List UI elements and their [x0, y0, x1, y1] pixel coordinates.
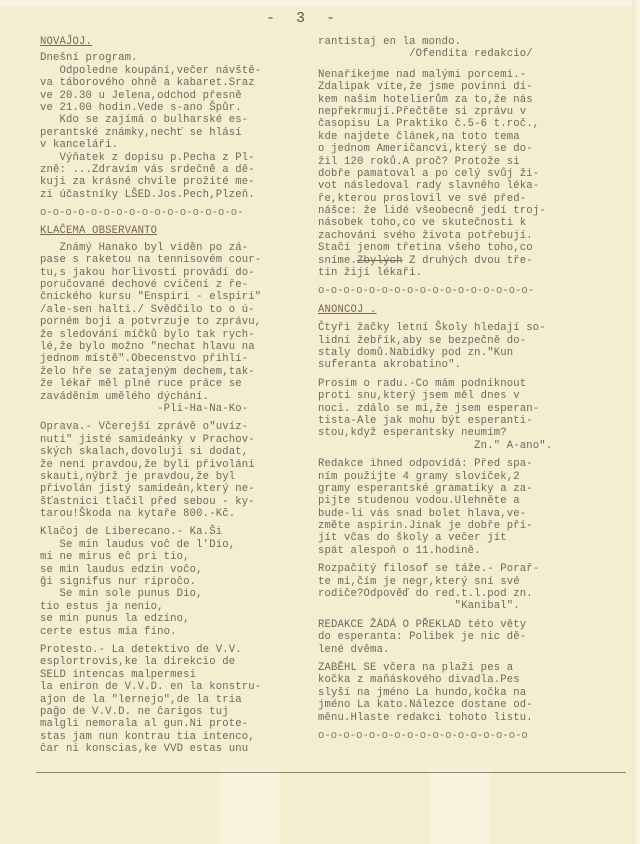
text-line: ve 21.00 hodin.Vede s-ano Špůr. — [40, 102, 310, 114]
paragraph-block: Nenaříkejme nad malými porcemi.-Zdalipak… — [318, 69, 618, 280]
text-line: te mi,čím je negr,který sní své — [318, 576, 618, 588]
text-line: se min laudus edzin voĉo, — [40, 564, 310, 576]
heading-block: NOVAĴOJ. — [40, 36, 310, 48]
text-line: certe estus mia fino. — [40, 626, 310, 638]
text-line: suferanta akrobatino". — [318, 359, 618, 371]
paragraph-block: Dnešní program. Odpoledne koupání,večer … — [40, 52, 310, 201]
text-line: jednom místě".Obecenstvo přihlí- — [40, 353, 310, 365]
text-line: Výňatek z dopisu p.Pecha z Pl- — [40, 152, 310, 164]
divider-block: o-o-o-o-o-o-o-o-o-o-o-o-o-o-o-o- — [40, 207, 310, 219]
section-heading: KLAĈEMA OBSERVANTO — [40, 225, 310, 237]
text-line: přivolán jistý samideán,který ne- — [40, 483, 310, 495]
text-line: dobře pamatoval a po celý svůj ži- — [318, 168, 618, 180]
text-line: porném boji a potvrzuje to zprávu, — [40, 316, 310, 328]
text-line: Klaĉoj de Liberecano.- Ka.Ŝi — [40, 526, 310, 538]
text-line: o jednom Američancvi,který se do- — [318, 143, 618, 155]
text-line: zachování svého života potřebují. — [318, 230, 618, 242]
text-line: žil 120 roků.A proč? Protože si — [318, 156, 618, 168]
text-line: ve 20.30 u Jelena,odchod přesně — [40, 90, 310, 102]
text-line: šťastnici tlačil před sebou - ky- — [40, 496, 310, 508]
text-line: poručované dechové cvičení z ře- — [40, 279, 310, 291]
text-line: kde najdete článek,na toto tema — [318, 131, 618, 143]
heading-block: KLAĈEMA OBSERVANTO — [40, 225, 310, 237]
left-column: NOVAĴOJ.Dnešní program. Odpoledne koupán… — [40, 36, 310, 755]
text-line: spát alespoň o 11.hodině. — [318, 545, 618, 557]
text-line: sníme.Zbylých Z druhých dvou tře- — [318, 255, 618, 267]
divider-block: o-o-o-o-o-o-o-o-o-o-o-o-o-o-o-o-o — [318, 730, 618, 742]
text-line: Redakce ihned odpovídá: Před spa- — [318, 458, 618, 470]
text-line: Se min laudus voĉ de l'Dio, — [40, 539, 310, 551]
scan-top-edge — [0, 0, 640, 6]
paragraph-block: ZABĚHL SE včera na plaži pes akočka z ma… — [318, 662, 618, 724]
text-line: v kanceláři. — [40, 139, 310, 151]
section-divider: o-o-o-o-o-o-o-o-o-o-o-o-o-o-o-o-o- — [318, 285, 618, 297]
text-line: Prosím o radu.-Co mám podniknout — [318, 378, 618, 390]
text-line: perantské známky,nechť se hlásí — [40, 127, 310, 139]
text-line: tarou!Škoda na kytaře 800.-Kč. — [40, 508, 310, 520]
text-line: Zn." A-ano". — [318, 440, 618, 452]
text-line: jít včas do školy a večer jít — [318, 532, 618, 544]
spacer — [318, 61, 618, 69]
text-line: zi účastníky LŠED.Jos.Pech,Plzeň. — [40, 189, 310, 201]
text-line: ĉar ni konscias,ke VVD estas unu — [40, 743, 310, 755]
text-line: "Kanibal". — [318, 600, 618, 612]
text-line: kočka z maňáskového divadla.Pes — [318, 674, 618, 686]
text-line: rantistaj en la mondo. — [318, 36, 618, 48]
text-line: časopisu La Praktiko č.5-6 t.roč., — [318, 118, 618, 130]
text-line: Čtyři žačky letní Školy hledají so- — [318, 322, 618, 334]
paragraph-block: REDAKCE ŽÁDÁ O PŘEKLAD této větydo esper… — [318, 619, 618, 656]
text-line: že sledování míčků bylo tak rych- — [40, 329, 310, 341]
text-line: Stačí jenom třetina všeho toho,co — [318, 242, 618, 254]
text-line: želo hře se zatajeným dechem,tak- — [40, 366, 310, 378]
poem-block: Klaĉoj de Liberecano.- Ka.Ŝi Se min laud… — [40, 526, 310, 638]
text-line: lidní žebřík,aby se bezpečně do- — [318, 335, 618, 347]
text-line: pase s raketou na tennisovém cour- — [40, 254, 310, 266]
struck-word: Zbylých — [357, 255, 403, 267]
text-line: nepřekrmují.Přečtěte si zprávu v — [318, 106, 618, 118]
text-line: zně: ...Zdravím vás srdečně a dě- — [40, 164, 310, 176]
paper-fold — [220, 770, 280, 844]
text-line: Dnešní program. — [40, 52, 310, 64]
section-divider: o-o-o-o-o-o-o-o-o-o-o-o-o-o-o-o-o — [318, 730, 618, 742]
text-line: proti snu,který jsem měl dnes v — [318, 390, 618, 402]
text-line: Odpoledne koupání,večer návště- — [40, 65, 310, 77]
text-line: ĝi signifus nur riproĉo. — [40, 576, 310, 588]
text-line: rodiče?Odpověď do red.t.l.pod zn. — [318, 588, 618, 600]
text-line: gramy esperantské gramatiky a za- — [318, 483, 618, 495]
text-line: ZABĚHL SE včera na plaži pes a — [318, 662, 618, 674]
text-line: lé,že bylo možno "nechat hlavu na — [40, 341, 310, 353]
text-line: stou,když esperantsky neumím? — [318, 427, 618, 439]
page-number: - 3 - — [266, 10, 341, 27]
text-line: jméno La kato.Nálezce dostane od- — [318, 699, 618, 711]
text-line: esplortrovis,ke la direkcio de — [40, 656, 310, 668]
text-line: malgli nemorala al gun.Ni prote- — [40, 718, 310, 730]
text-line: se min punus la edzino, — [40, 613, 310, 625]
text-line: Rozpačitý filosof se táže.- Porař- — [318, 563, 618, 575]
text-line: tu,s jakou horlivostí provádí do- — [40, 267, 310, 279]
section-heading: NOVAĴOJ. — [40, 36, 310, 48]
paragraph-block: Redakce ihned odpovídá: Před spa-ním pou… — [318, 458, 618, 557]
text-line: Nenaříkejme nad malými porcemi.- — [318, 69, 618, 81]
text-line: ním použijte 4 gramy slovíček,2 — [318, 471, 618, 483]
text-line: nášce: že lidé všeobecně jedí troj- — [318, 205, 618, 217]
scan-right-edge — [632, 0, 640, 844]
text-line: ře,kterou proslovil ve své před- — [318, 193, 618, 205]
text-line: /Ofendita redakcio/ — [318, 48, 618, 60]
text-line: měnu.Hlaste redakci tohoto listu. — [318, 712, 618, 724]
text-line: slyší na jméno La hundo,kočka na — [318, 687, 618, 699]
text-line: zaváděním umělého dýchání. — [40, 391, 310, 403]
text-line: čnického kursu "Enspiri - elspiri" — [40, 291, 310, 303]
paragraph-block: Protesto.- La detektivo de V.V.esplortro… — [40, 644, 310, 756]
text-line: tin žijí lékaři. — [318, 267, 618, 279]
paragraph-block: rantistaj en la mondo. /Ofendita redakci… — [318, 36, 618, 61]
text-line: -Pli-Ha-Na-Ko- — [40, 403, 310, 415]
text-line: nutí" jisté samideánky v Prachov- — [40, 434, 310, 446]
right-column: rantistaj en la mondo. /Ofendita redakci… — [318, 36, 618, 742]
text-line: Zdalipak víte,že jsme povinni dí- — [318, 81, 618, 93]
text-line: mi ne mirus eĉ pri tio, — [40, 551, 310, 563]
text-line: bude-li vás snad bolet hlava,ve- — [318, 508, 618, 520]
text-line: násobek toho,co ve skutečnosti k — [318, 217, 618, 229]
text-line: Protesto.- La detektivo de V.V. — [40, 644, 310, 656]
bottom-rule — [36, 772, 626, 773]
paragraph-block: Prosím o radu.-Co mám podniknoutproti sn… — [318, 378, 618, 452]
section-heading: ANONCOJ . — [318, 304, 618, 316]
paper-fold — [430, 770, 490, 844]
text-line: va táborového ohně a kabaret.Sraz — [40, 77, 310, 89]
text-line: ských skalach,dovoluji si dodat, — [40, 446, 310, 458]
text-line: tista-Ale jak mohu být esperanti- — [318, 415, 618, 427]
text-line: stas jam nun kontrau tia intenco, — [40, 731, 310, 743]
text-line: pijte studenou vodou.Ulehněte a — [318, 495, 618, 507]
heading-block: ANONCOJ . — [318, 304, 618, 316]
text-line: noci. zdálo se mi,že jsem esperan- — [318, 403, 618, 415]
text-line: SELD intencas malpermesi — [40, 669, 310, 681]
text-line: Kdo se zajímá o bulharské es- — [40, 114, 310, 126]
text-line: skauti,nýbrž je pravdou,že byl — [40, 471, 310, 483]
text-line: vot následoval rady slavného léka- — [318, 180, 618, 192]
text-line: paĝo de V.V.D. ne ĉarigos tuj — [40, 706, 310, 718]
paragraph-block: Čtyři žačky letní Školy hledají so-lidní… — [318, 322, 618, 372]
text-line: tio estus ja nenio, — [40, 601, 310, 613]
text-line: Se min sole punus Dio, — [40, 588, 310, 600]
text-line: REDAKCE ŽÁDÁ O PŘEKLAD této věty — [318, 619, 618, 631]
text-line: do esperanta: Polibek je nic dě- — [318, 631, 618, 643]
text-line: lené dvěma. — [318, 644, 618, 656]
text-line: kuji za krásné chvíle prožité me- — [40, 176, 310, 188]
text-line: la eniron de V.V.D. en la konstru- — [40, 681, 310, 693]
divider-block: o-o-o-o-o-o-o-o-o-o-o-o-o-o-o-o-o- — [318, 285, 618, 297]
text-line: /ale-sen halti./ Svědčilo to o ú- — [40, 304, 310, 316]
section-divider: o-o-o-o-o-o-o-o-o-o-o-o-o-o-o-o- — [40, 207, 310, 219]
text-line: Známý Hanako byl viděn po zá- — [40, 242, 310, 254]
text-line: kem našim hotelierům za to,že nás — [318, 94, 618, 106]
text-line: že lékař měl plné ruce práce se — [40, 378, 310, 390]
text-line: že není pravdou,že byli přivoláni — [40, 459, 310, 471]
text-line: změte aspirin.Jinak je dobře při- — [318, 520, 618, 532]
text-line: staly domů.Nabídky pod zn."Kun — [318, 347, 618, 359]
text-line: aĵon de la "lernejo",de la tria — [40, 694, 310, 706]
text-line: Oprava.- Včerejší zprávě o"uvíz- — [40, 421, 310, 433]
paragraph-block: Známý Hanako byl viděn po zá-pase s rake… — [40, 242, 310, 415]
paragraph-block: Rozpačitý filosof se táže.- Porař-te mi,… — [318, 563, 618, 613]
paragraph-block: Oprava.- Včerejší zprávě o"uvíz-nutí" ji… — [40, 421, 310, 520]
